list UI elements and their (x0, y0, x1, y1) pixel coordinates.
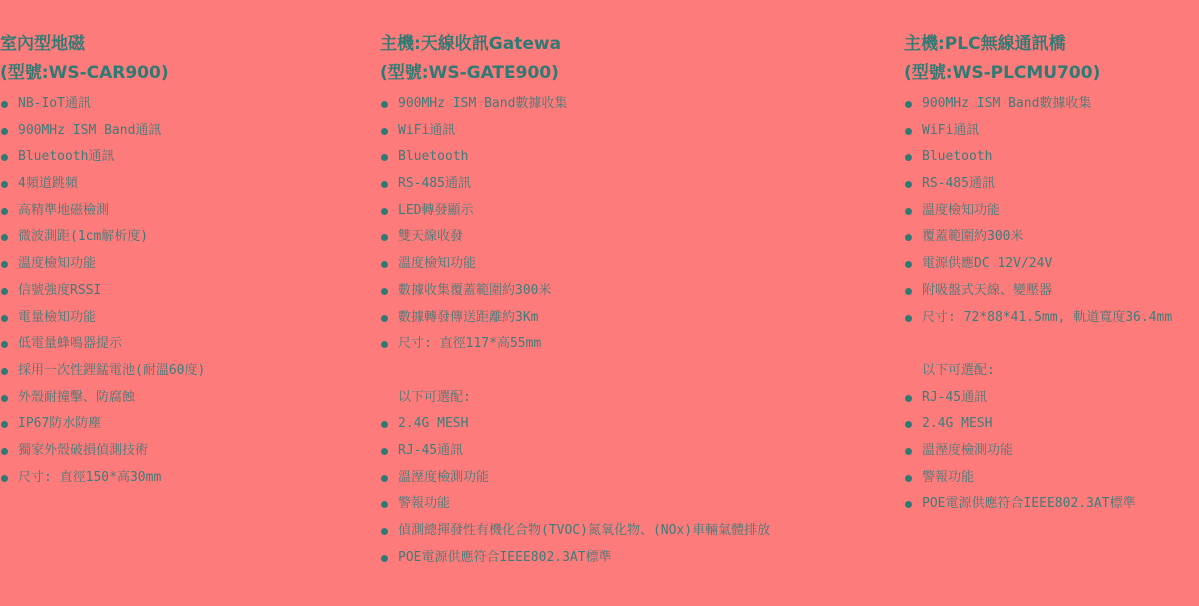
list-item: 900MHz ISM Band數據收集 (904, 91, 1172, 118)
list-item: 覆蓋範圍約300米 (904, 224, 1172, 251)
bullet-icon (905, 101, 912, 108)
bullet-icon (381, 315, 388, 322)
list-item: 溫度檢知功能 (0, 251, 205, 278)
bullet-icon (381, 448, 388, 455)
bullet-icon (1, 288, 8, 295)
bullet-icon (1, 101, 8, 108)
list-item: RJ-45通訊 (904, 385, 1172, 412)
list-item: 電源供應DC 12V/24V (904, 251, 1172, 278)
bullet-icon (905, 448, 912, 455)
bullet-icon (381, 261, 388, 268)
bullet-icon (1, 181, 8, 188)
list-item: 獨家外殼破損偵測技術 (0, 438, 205, 465)
product-model: (型號:WS-PLCMU700) (904, 59, 1172, 88)
bullet-icon (381, 288, 388, 295)
list-item: 溫溼度檢測功能 (904, 438, 1172, 465)
bullet-icon (381, 555, 388, 562)
list-item: 高精準地磁檢測 (0, 198, 205, 225)
list-item: 微波測距(1cm解析度) (0, 224, 205, 251)
list-item: 低電量蜂鳴器提示 (0, 331, 205, 358)
list-item: IP67防水防塵 (0, 411, 205, 438)
bullet-icon (1, 475, 8, 482)
bullet-icon (381, 528, 388, 535)
list-item: 雙天線收發 (380, 224, 770, 251)
bullet-icon (1, 208, 8, 215)
feature-list: 900MHz ISM Band數據收集 WiFi通訊 Bluetooth RS-… (380, 91, 770, 358)
bullet-icon (1, 154, 8, 161)
list-item: 尺寸: 直徑150*高30mm (0, 465, 205, 492)
spacer (380, 358, 770, 385)
bullet-icon (381, 475, 388, 482)
list-item: 附吸盤式天線、變壓器 (904, 278, 1172, 305)
bullet-icon (905, 315, 912, 322)
list-item: 信號強度RSSI (0, 278, 205, 305)
list-item: RJ-45通訊 (380, 438, 770, 465)
spacer (904, 331, 1172, 358)
list-item: 2.4G MESH (904, 411, 1172, 438)
list-item: 4頻道跳頻 (0, 171, 205, 198)
bullet-icon (1, 421, 8, 428)
list-item: POE電源供應符合IEEE802.3AT標準 (380, 545, 770, 572)
bullet-icon (1, 315, 8, 322)
bullet-icon (905, 475, 912, 482)
bullet-icon (1, 128, 8, 135)
bullet-icon (1, 261, 8, 268)
bullet-icon (381, 501, 388, 508)
list-item: 外殼耐撞擊、防腐蝕 (0, 385, 205, 412)
optional-label: 以下可選配: (380, 385, 770, 412)
bullet-icon (1, 368, 8, 375)
list-item: 900MHz ISM Band數據收集 (380, 91, 770, 118)
bullet-icon (381, 128, 388, 135)
list-item: 900MHz ISM Band通訊 (0, 118, 205, 145)
bullet-icon (381, 234, 388, 241)
list-item: RS-485通訊 (904, 171, 1172, 198)
product-title: 室內型地磁 (0, 30, 205, 59)
bullet-icon (381, 208, 388, 215)
list-item: 數據轉發傳送距離約3Km (380, 305, 770, 332)
bullet-icon (1, 395, 8, 402)
bullet-icon (905, 288, 912, 295)
bullet-icon (905, 154, 912, 161)
list-item: 數據收集覆蓋範圍約300米 (380, 278, 770, 305)
bullet-icon (381, 341, 388, 348)
list-item: Bluetooth (904, 144, 1172, 171)
product-column-plcmu700: 主機:PLC無線通訊橋 (型號:WS-PLCMU700) 900MHz ISM … (904, 30, 1172, 518)
bullet-icon (381, 181, 388, 188)
list-item: WiFi通訊 (904, 118, 1172, 145)
bullet-icon (905, 395, 912, 402)
product-column-car900: 室內型地磁 (型號:WS-CAR900) NB-IoT通訊 900MHz ISM… (0, 30, 205, 491)
list-item: 2.4G MESH (380, 411, 770, 438)
bullet-icon (905, 128, 912, 135)
feature-list: 900MHz ISM Band數據收集 WiFi通訊 Bluetooth RS-… (904, 91, 1172, 331)
bullet-icon (381, 154, 388, 161)
bullet-icon (1, 234, 8, 241)
product-model: (型號:WS-GATE900) (380, 59, 770, 88)
bullet-icon (1, 448, 8, 455)
product-model: (型號:WS-CAR900) (0, 59, 205, 88)
product-title: 主機:PLC無線通訊橋 (904, 30, 1172, 59)
list-item: Bluetooth通訊 (0, 144, 205, 171)
bullet-icon (905, 501, 912, 508)
optional-list: RJ-45通訊 2.4G MESH 溫溼度檢測功能 警報功能 POE電源供應符合… (904, 385, 1172, 518)
bullet-icon (905, 261, 912, 268)
optional-list: 2.4G MESH RJ-45通訊 溫溼度檢測功能 警報功能 偵測總揮發性有機化… (380, 411, 770, 571)
list-item: 偵測總揮發性有機化合物(TVOC)氮氧化物、(NOx)車輛氣體排放 (380, 518, 770, 545)
list-item: 採用一次性鋰錳電池(耐溫60度) (0, 358, 205, 385)
bullet-icon (905, 421, 912, 428)
list-item: 溫溼度檢測功能 (380, 465, 770, 492)
product-title: 主機:天線收訊Gatewa (380, 30, 770, 59)
bullet-icon (381, 101, 388, 108)
bullet-icon (381, 421, 388, 428)
list-item: 溫度檢知功能 (380, 251, 770, 278)
list-item: 警報功能 (380, 491, 770, 518)
list-item: NB-IoT通訊 (0, 91, 205, 118)
optional-label: 以下可選配: (904, 358, 1172, 385)
bullet-icon (905, 181, 912, 188)
bullet-icon (905, 208, 912, 215)
list-item: WiFi通訊 (380, 118, 770, 145)
list-item: Bluetooth (380, 144, 770, 171)
list-item: 尺寸: 直徑117*高55mm (380, 331, 770, 358)
list-item: 警報功能 (904, 465, 1172, 492)
list-item: RS-485通訊 (380, 171, 770, 198)
bullet-icon (905, 234, 912, 241)
list-item: 電量檢知功能 (0, 305, 205, 332)
product-column-gate900: 主機:天線收訊Gatewa (型號:WS-GATE900) 900MHz ISM… (380, 30, 770, 571)
bullet-icon (1, 341, 8, 348)
list-item: 溫度檢知功能 (904, 198, 1172, 225)
feature-list: NB-IoT通訊 900MHz ISM Band通訊 Bluetooth通訊 4… (0, 91, 205, 491)
list-item: 尺寸: 72*88*41.5mm, 軌道寬度36.4mm (904, 305, 1172, 332)
list-item: LED轉發顯示 (380, 198, 770, 225)
list-item: POE電源供應符合IEEE802.3AT標準 (904, 491, 1172, 518)
